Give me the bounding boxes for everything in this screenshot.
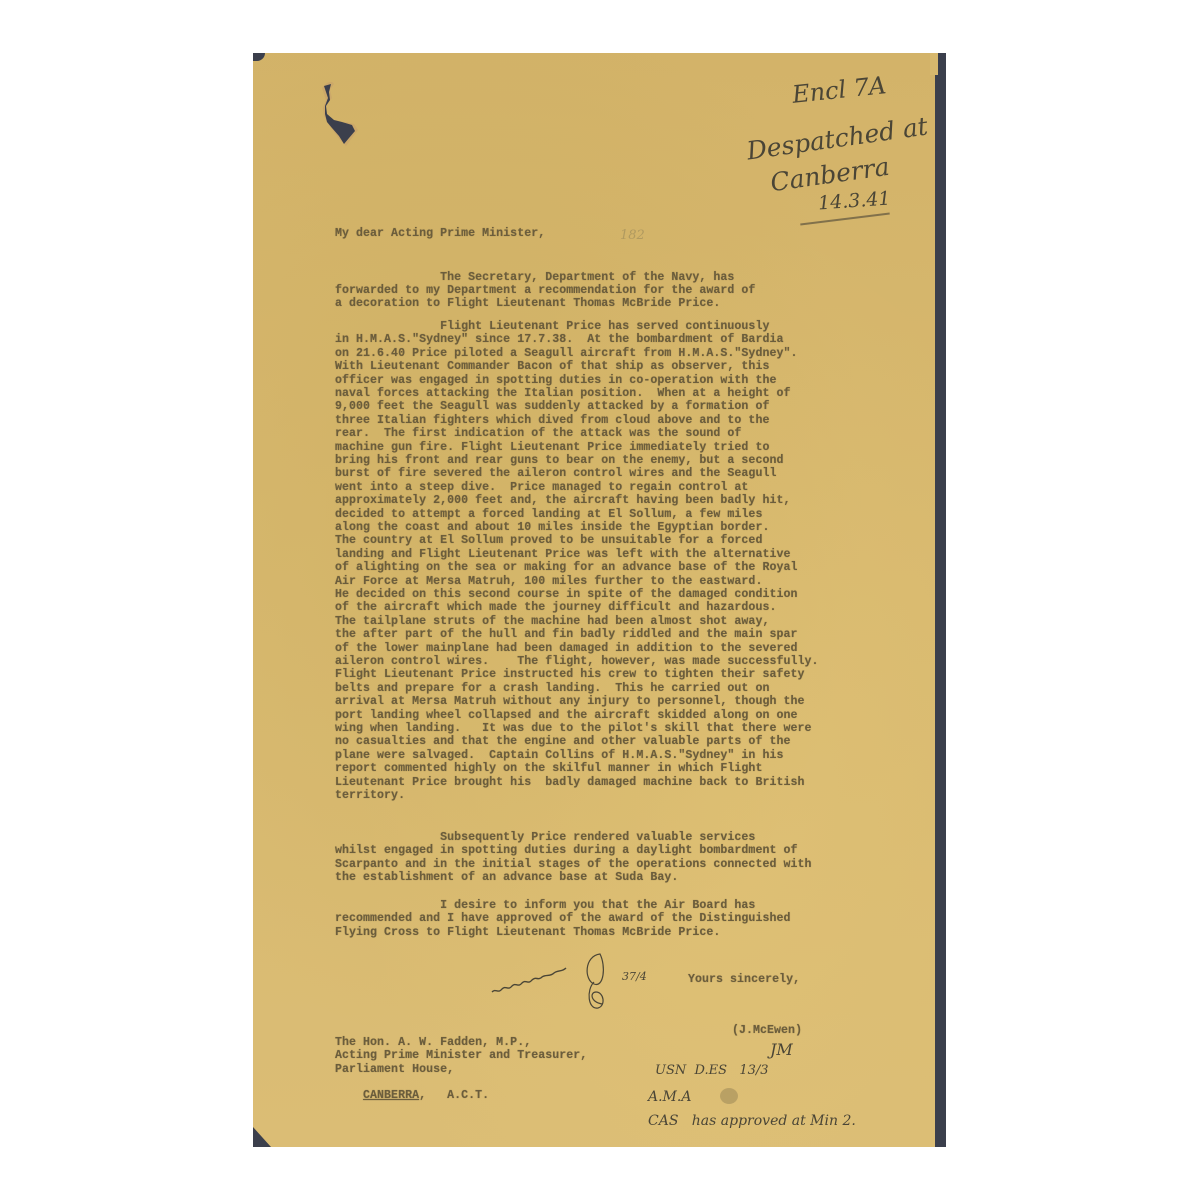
paragraph-line: The country at El Sollum proved to be un… — [335, 534, 762, 547]
paragraph-line: machine gun fire. Flight Lieutenant Pric… — [335, 441, 769, 454]
paragraph-line: went into a steep dive. Price managed to… — [335, 481, 748, 494]
paper-hole-icon — [318, 78, 364, 148]
paragraph-line: Flight Lieutenant Price has served conti… — [335, 320, 769, 333]
handwritten-date-mark: 37/4 — [622, 970, 647, 983]
paragraph-line: of alighting on the sea or making for an… — [335, 561, 798, 574]
paragraph-line: in H.M.A.S."Sydney" since 17.7.38. At th… — [335, 333, 783, 346]
paragraph-line: on 21.6.40 Price piloted a Seagull aircr… — [335, 347, 798, 360]
page-edge-notch — [930, 53, 938, 75]
salutation: My dear Acting Prime Minister, — [335, 227, 545, 240]
addressee-title: Acting Prime Minister and Treasurer, — [335, 1049, 587, 1062]
paragraph-line: arrival at Mersa Matruh without any inju… — [335, 695, 805, 708]
scan-corner-bottom-left — [253, 1127, 271, 1147]
paragraph-line: bring his front and rear guns to bear on… — [335, 454, 783, 467]
paragraph-line: Scarpanto and in the initial stages of t… — [335, 858, 812, 871]
addressee-city: CANBERRA — [363, 1089, 419, 1102]
paragraph-line: burst of fire severed the aileron contro… — [335, 467, 776, 480]
paragraph-line: The tailplane struts of the machine had … — [335, 615, 769, 628]
addressee-city-line: CANBERRA, A.C.T. — [335, 1076, 489, 1116]
paragraph-line: along the coast and about 10 miles insid… — [335, 521, 769, 534]
paragraph-line: The Secretary, Department of the Navy, h… — [335, 271, 734, 284]
paragraph-line: of the aircraft which made the journey d… — [335, 601, 776, 614]
paragraph-line: a decoration to Flight Lieutenant Thomas… — [335, 297, 720, 310]
closing: Yours sincerely, — [688, 973, 800, 986]
paragraph-line: port landing wheel collapsed and the air… — [335, 709, 798, 722]
paragraph-line: approximately 2,000 feet and, the aircra… — [335, 494, 790, 507]
handwritten-initials-scribble-icon — [488, 952, 648, 1022]
paragraph-line: Air Force at Mersa Matruh, 100 miles fur… — [335, 575, 762, 588]
paragraph-line: of the lower mainplane had been damaged … — [335, 642, 798, 655]
paragraph-line: rear. The first indication of the attack… — [335, 427, 741, 440]
paragraph-line: naval forces attacking the Italian posit… — [335, 387, 790, 400]
paragraph-line: plane were salvaged. Captain Collins of … — [335, 749, 783, 762]
handwritten-minute-line-1: USN D.ES 13/3 — [655, 1063, 769, 1078]
paragraph-line: Lieutenant Price brought his badly damag… — [335, 776, 805, 789]
handwritten-smudge-icon — [720, 1088, 738, 1104]
paragraph-line: decided to attempt a forced landing at E… — [335, 508, 762, 521]
paragraph-line: report commented highly on the skilful m… — [335, 762, 762, 775]
signatory-name: (J.McEwen) — [732, 1024, 802, 1037]
paragraph-line: wing when landing. It was due to the pil… — [335, 722, 812, 735]
paragraph-line: He decided on this second course in spit… — [335, 588, 798, 601]
scan-border-right — [935, 53, 946, 1147]
paragraph-line: recommended and I have approved of the a… — [335, 912, 790, 925]
paragraph-line: Flying Cross to Flight Lieutenant Thomas… — [335, 926, 720, 939]
paragraph-line: the after part of the hull and fin badly… — [335, 628, 798, 641]
paragraph-line: Subsequently Price rendered valuable ser… — [335, 831, 755, 844]
paragraph-line: the establishment of an advance base at … — [335, 871, 678, 884]
paragraph-line: three Italian fighters which dived from … — [335, 414, 769, 427]
paragraph-line: officer was engaged in spotting duties i… — [335, 374, 776, 387]
folio-number-mark: 182 — [620, 228, 645, 243]
paragraph-line: I desire to inform you that the Air Boar… — [335, 899, 755, 912]
handwritten-minute-line-2: A.M.A — [648, 1089, 691, 1105]
addressee-name: The Hon. A. W. Fadden, M.P., — [335, 1036, 531, 1049]
paragraph-line: territory. — [335, 789, 405, 802]
paragraph-line: 9,000 feet the Seagull was suddenly atta… — [335, 400, 769, 413]
addressee-building: Parliament House, — [335, 1063, 454, 1076]
paragraph-line: landing and Flight Lieutenant Price was … — [335, 548, 790, 561]
paragraph-line: forwarded to my Department a recommendat… — [335, 284, 755, 297]
signatory-initials: JM — [770, 1040, 793, 1059]
paragraph-line: Flight Lieutenant Price instructed his c… — [335, 668, 805, 681]
paragraph-line: whilst engaged in spotting duties during… — [335, 844, 798, 857]
paragraph-line: belts and prepare for a crash landing. T… — [335, 682, 769, 695]
addressee-territory: , A.C.T. — [419, 1089, 489, 1102]
paragraph-line: aileron control wires. The flight, howev… — [335, 655, 819, 668]
handwritten-minute-line-3: CAS has approved at Min 2. — [648, 1113, 856, 1129]
paragraph-line: no casualties and that the engine and ot… — [335, 735, 790, 748]
paragraph-line: With Lieutenant Commander Bacon of that … — [335, 360, 769, 373]
